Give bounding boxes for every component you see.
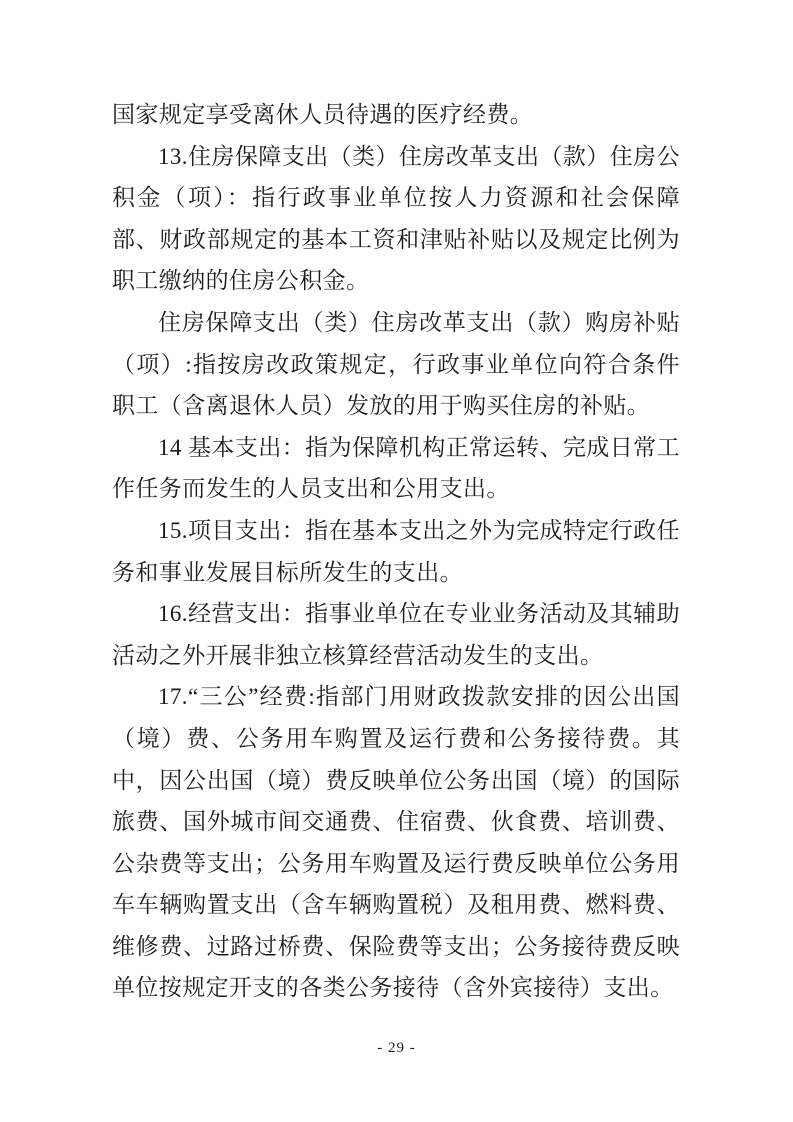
paragraph-16-operating-expenditure: 16.经营支出：指事业单位在专业业务活动及其辅助活动之外开展非独立核算经营活动发…	[112, 593, 680, 676]
text-block: 国家规定享受离休人员待遇的医疗经费。 13.住房保障支出（类）住房改革支出（款）…	[112, 94, 680, 1009]
paragraph-17-three-public-funds: 17.“三公”经费:指部门用财政拨款安排的因公出国（境）费、公务用车购置及运行费…	[112, 676, 680, 1009]
document-page: 国家规定享受离休人员待遇的医疗经费。 13.住房保障支出（类）住房改革支出（款）…	[0, 0, 793, 1122]
page-number: - 29 -	[0, 1040, 793, 1057]
paragraph-housing-purchase-subsidy: 住房保障支出（类）住房改革支出（款）购房补贴（项）:指按房改政策规定，行政事业单…	[112, 302, 680, 427]
paragraph-14-basic-expenditure: 14 基本支出：指为保障机构正常运转、完成日常工作任务而发生的人员支出和公用支出…	[112, 427, 680, 510]
paragraph-15-project-expenditure: 15.项目支出：指在基本支出之外为完成特定行政任务和事业发展目标所发生的支出。	[112, 510, 680, 593]
paragraph-13-housing-provident-fund: 13.住房保障支出（类）住房改革支出（款）住房公积金（项）：指行政事业单位按人力…	[112, 136, 680, 302]
paragraph-medical-funds-continuation: 国家规定享受离休人员待遇的医疗经费。	[112, 94, 680, 136]
